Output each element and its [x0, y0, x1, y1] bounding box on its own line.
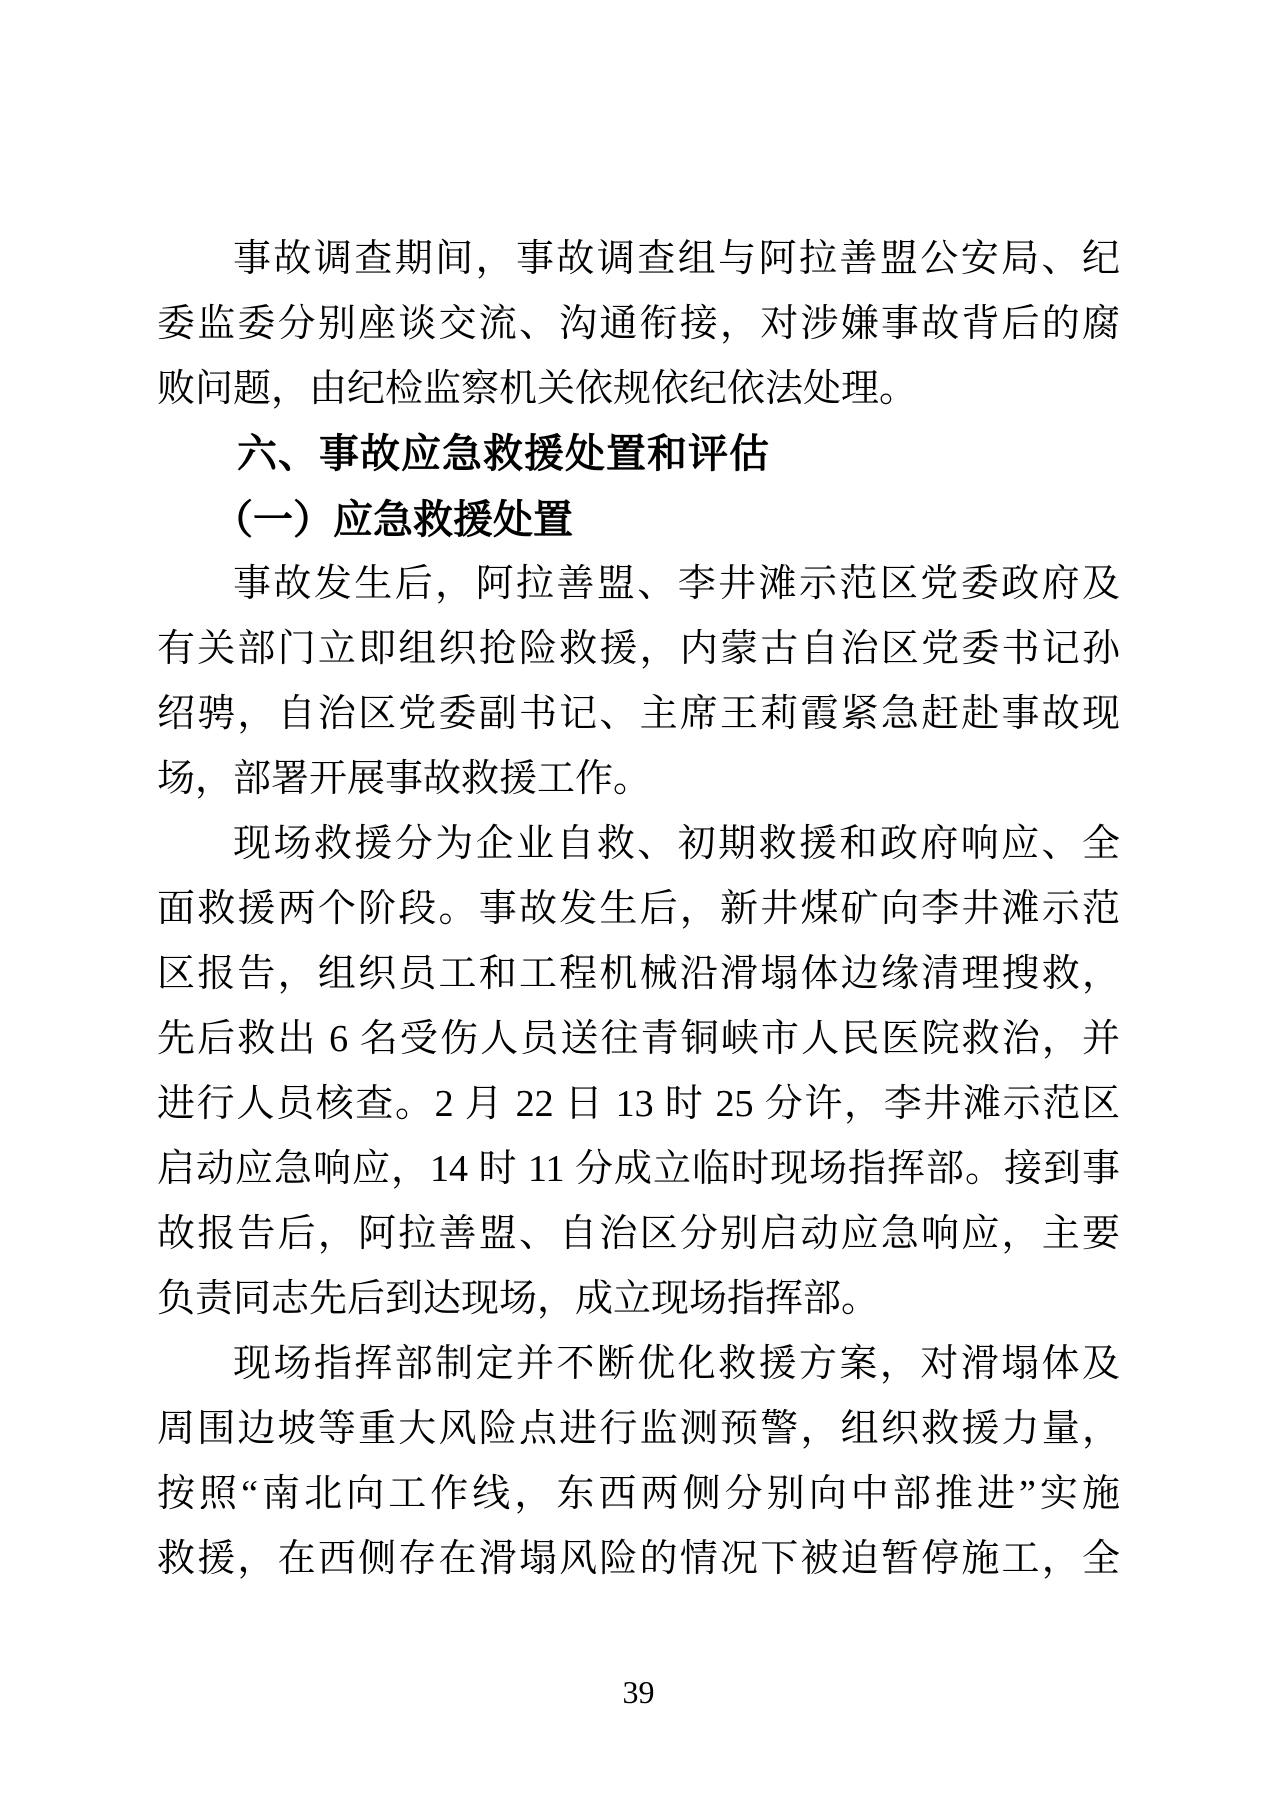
body-line: 现场指挥部制定并不断优化救援方案，对滑塌体及	[157, 1332, 1120, 1397]
body-line: 委监委分别座谈交流、沟通衔接，对涉嫌事故背后的腐	[157, 292, 1120, 357]
body-line: 事故调查期间，事故调查组与阿拉善盟公安局、纪	[157, 227, 1120, 292]
body-line: 故报告后，阿拉善盟、自治区分别启动应急响应，主要	[157, 1202, 1120, 1267]
body-line: 有关部门立即组织抢险救援，内蒙古自治区党委书记孙	[157, 617, 1120, 682]
body-line: 现场救援分为企业自救、初期救援和政府响应、全	[157, 812, 1120, 877]
body-line: 绍骋，自治区党委副书记、主席王莉霞紧急赶赴事故现	[157, 682, 1120, 747]
body-line: 启动应急响应，14 时 11 分成立临时现场指挥部。接到事	[157, 1137, 1120, 1202]
subsection-heading: （一）应急救援处置	[157, 487, 1120, 552]
report-page: 事故调查期间，事故调查组与阿拉善盟公安局、纪 委监委分别座谈交流、沟通衔接，对涉…	[0, 0, 1280, 1809]
body-line: 周围边坡等重大风险点进行监测预警，组织救援力量，	[157, 1397, 1120, 1462]
document-text-block: 事故调查期间，事故调查组与阿拉善盟公安局、纪 委监委分别座谈交流、沟通衔接，对涉…	[157, 227, 1120, 1592]
page-number: 39	[157, 1672, 1120, 1712]
body-line: 负责同志先后到达现场，成立现场指挥部。	[157, 1267, 1120, 1332]
body-line: 败问题，由纪检监察机关依规依纪依法处理。	[157, 357, 1120, 422]
section-heading: 六、事故应急救援处置和评估	[157, 422, 1120, 487]
body-line: 面救援两个阶段。事故发生后，新井煤矿向李井滩示范	[157, 877, 1120, 942]
body-line: 场，部署开展事故救援工作。	[157, 747, 1120, 812]
body-line: 按照“南北向工作线，东西两侧分别向中部推进”实施	[157, 1462, 1120, 1527]
body-line: 进行人员核查。2 月 22 日 13 时 25 分许，李井滩示范区	[157, 1072, 1120, 1137]
body-line: 事故发生后，阿拉善盟、李井滩示范区党委政府及	[157, 552, 1120, 617]
body-line: 先后救出 6 名受伤人员送往青铜峡市人民医院救治，并	[157, 1007, 1120, 1072]
body-line: 救援，在西侧存在滑塌风险的情况下被迫暂停施工，全	[157, 1527, 1120, 1592]
body-line: 区报告，组织员工和工程机械沿滑塌体边缘清理搜救，	[157, 942, 1120, 1007]
